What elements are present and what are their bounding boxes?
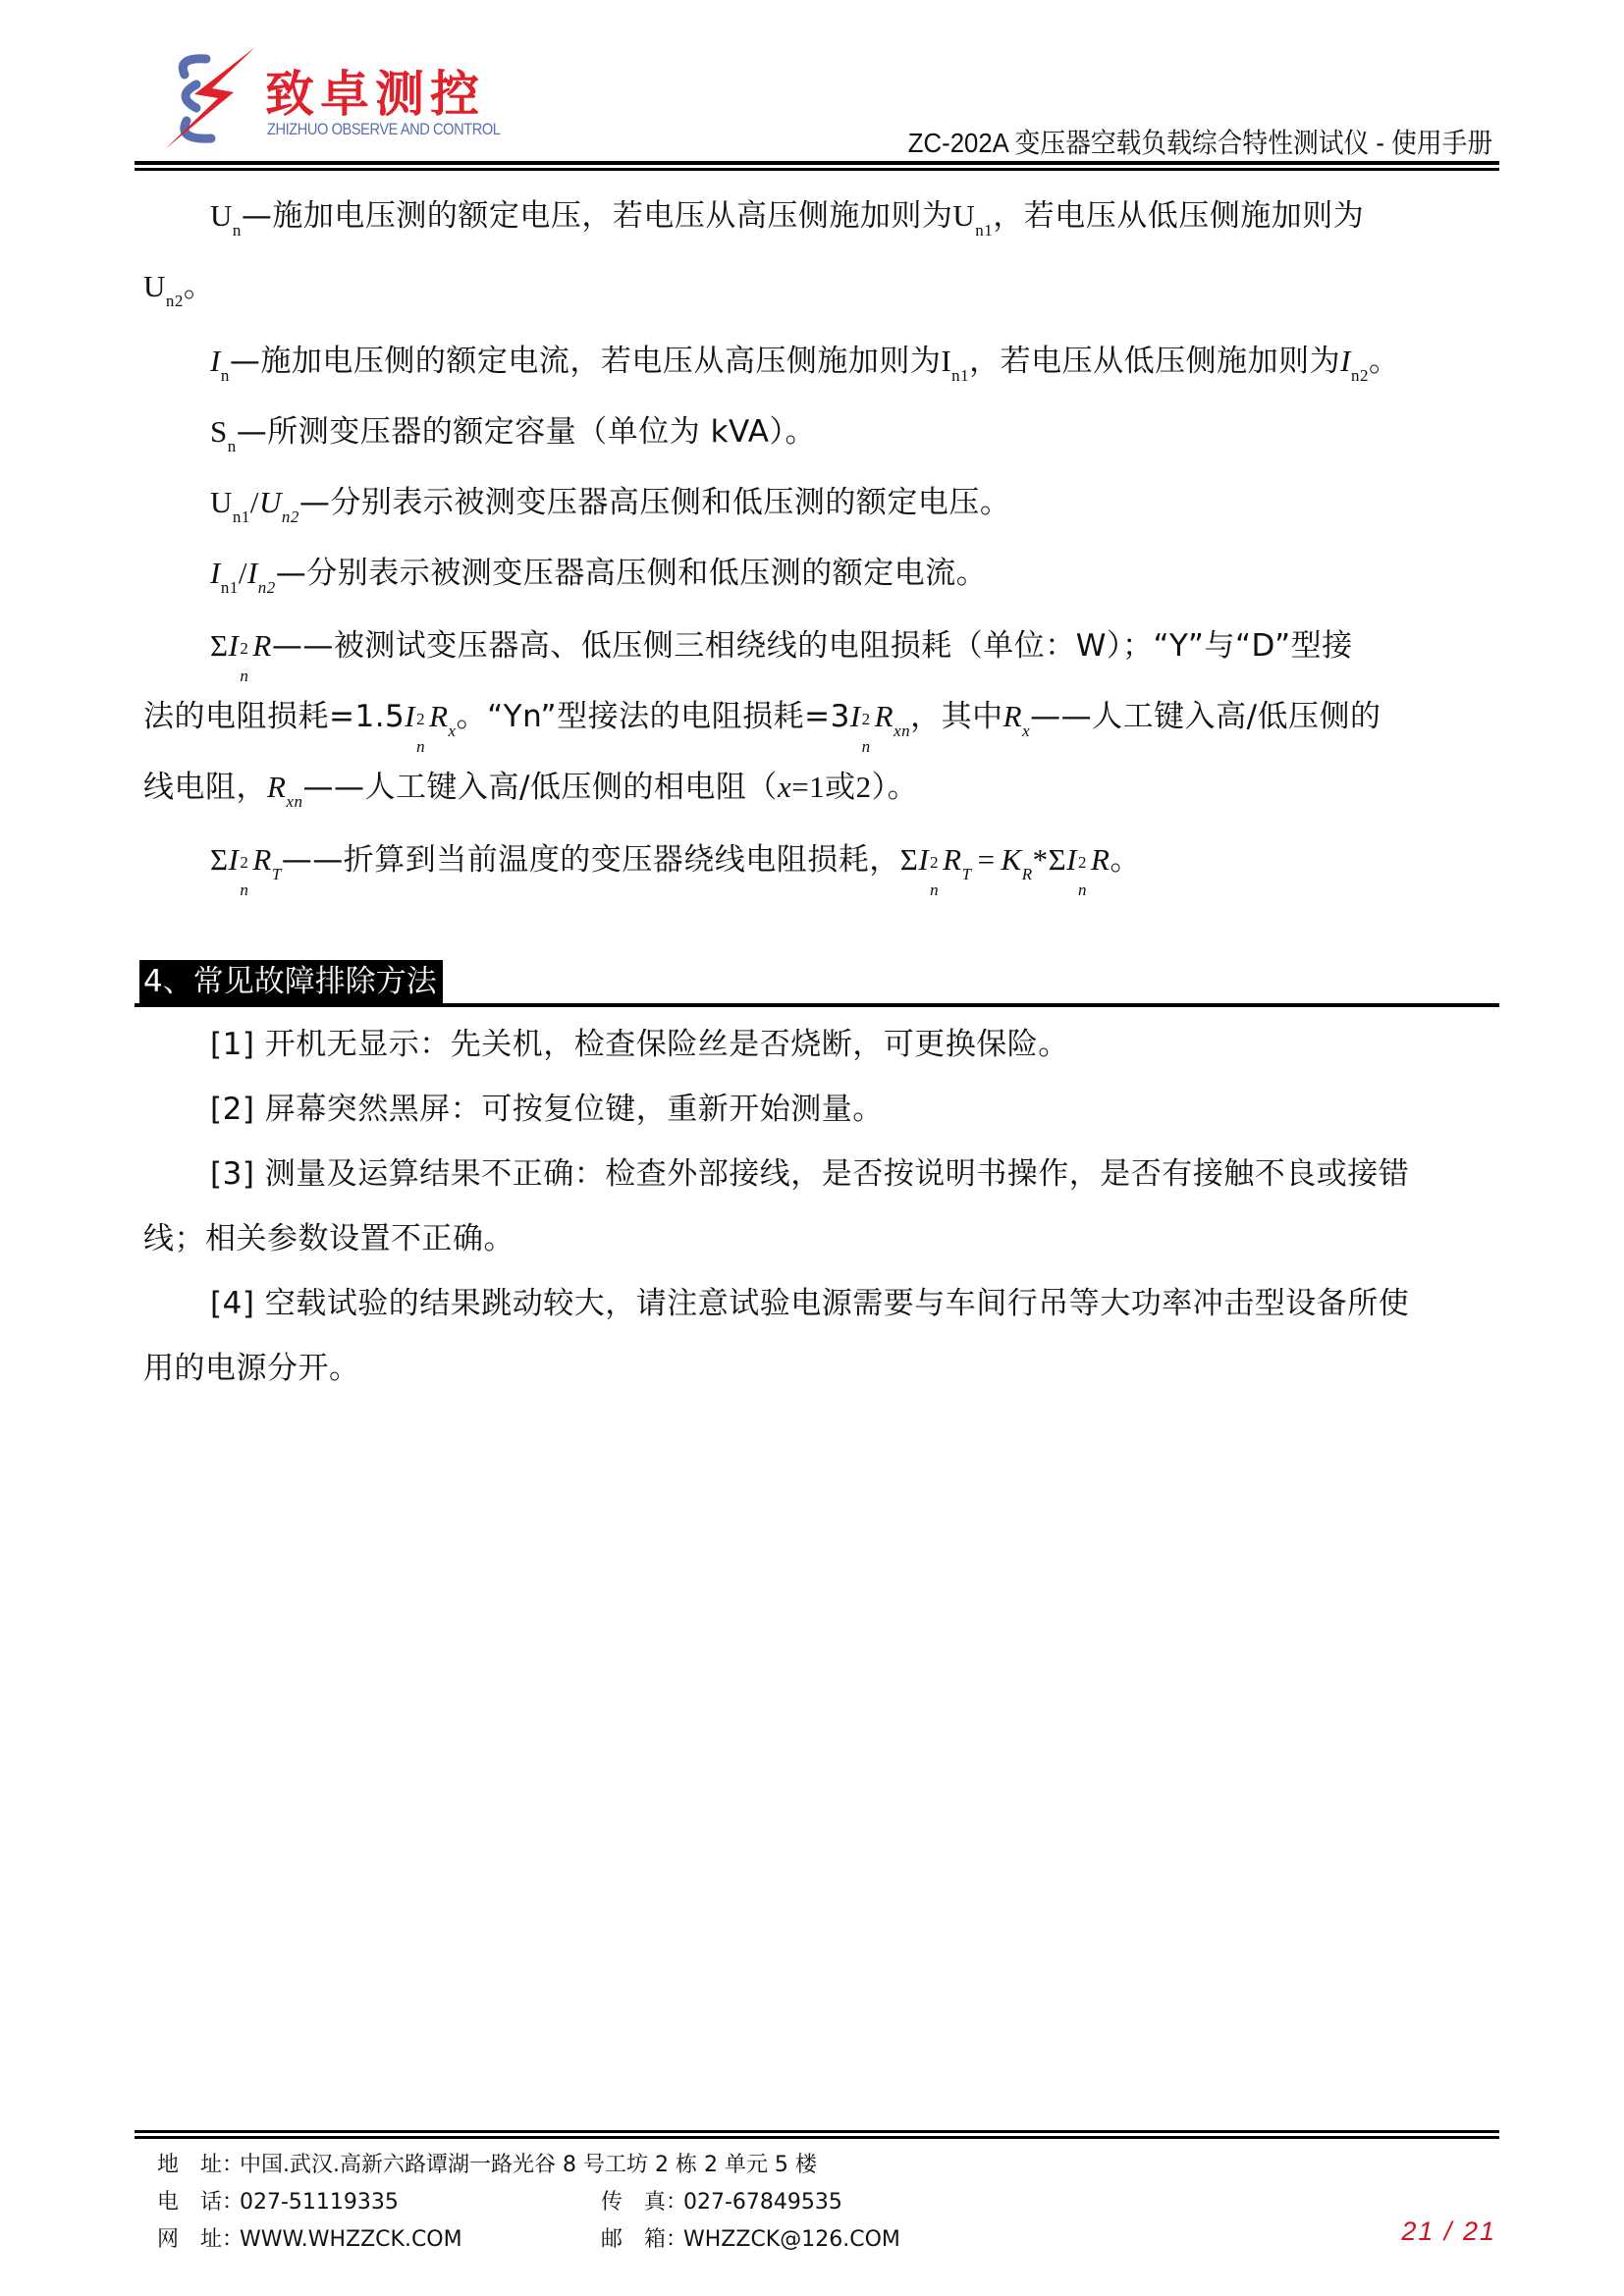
footer-fax: 传 真：027-67849535 xyxy=(601,2189,842,2216)
definition-un: Un—施加电压测的额定电压，若电压从高压侧施加则为Un1，若电压从低压侧施加则为 xyxy=(210,196,1364,236)
definition-in: In—施加电压侧的额定电流，若电压从高压侧施加则为In1，若电压从低压侧施加则为… xyxy=(210,342,1399,381)
definition-i2rt: ΣI2nRT——折算到当前温度的变压器绕线电阻损耗，ΣI2nRT=KR*ΣI2n… xyxy=(210,840,1141,880)
troubleshoot-item-4-continued: 用的电源分开。 xyxy=(143,1349,360,1388)
header-rule-secondary xyxy=(135,168,1499,171)
logo-english-name: ZHIZHUO OBSERVE AND CONTROL xyxy=(267,120,501,139)
header-rule xyxy=(135,161,1499,165)
footer-website: 网 址：WWW.WHZZCK.COM xyxy=(157,2226,462,2254)
footer-phone: 电 话：027-51119335 xyxy=(157,2189,399,2216)
definition-in1-in2: In1/In2—分别表示被测变压器高压侧和低压测的额定电流。 xyxy=(210,554,987,593)
troubleshoot-item-1: [1] 开机无显示：先关机，检查保险丝是否烧断，可更换保险。 xyxy=(210,1025,1069,1064)
footer-rule xyxy=(135,2130,1499,2133)
logo-chinese-name: 致卓测控 xyxy=(265,55,485,126)
document-title: ZC-202A 变压器空载负载综合特性测试仪 - 使用手册 xyxy=(908,122,1492,161)
troubleshoot-item-4: [4] 空载试验的结果跳动较大，请注意试验电源需要与车间行吊等大功率冲击型设备所… xyxy=(210,1284,1409,1323)
definition-i2r-line1: ΣI2nR——被测试变压器高、低压侧三相绕线的电阻损耗（单位：W）；“Y”与“D… xyxy=(210,626,1353,666)
definition-un1-un2: Un1/Un2—分别表示被测变压器高压侧和低压测的额定电压。 xyxy=(210,483,1010,522)
section-rule xyxy=(135,1003,1499,1007)
lightning-logo-icon xyxy=(157,47,265,150)
page-number: 21 / 21 xyxy=(1401,2216,1496,2247)
section-heading: 4、常见故障排除方法 xyxy=(139,960,443,1003)
footer-email: 邮 箱：WHZZCK@126.COM xyxy=(601,2226,900,2254)
footer-rule-secondary xyxy=(135,2136,1499,2139)
troubleshoot-item-3-continued: 线；相关参数设置不正确。 xyxy=(143,1219,514,1258)
definition-un-continued: Un2。 xyxy=(143,267,214,306)
troubleshoot-item-3: [3] 测量及运算结果不正确：检查外部接线，是否按说明书操作，是否有接触不良或接… xyxy=(210,1154,1409,1194)
definition-sn: Sn—所测变压器的额定容量（单位为 kVA）。 xyxy=(210,412,816,452)
footer-address: 地 址：中国.武汉.高新六路谭湖一路光谷 8 号工坊 2 栋 2 单元 5 楼 xyxy=(157,2152,817,2179)
troubleshoot-item-2: [2] 屏幕突然黑屏：可按复位键，重新开始测量。 xyxy=(210,1090,884,1129)
definition-i2r-line3: 线电阻，Rxn——人工键入高/低压侧的相电阻（x=1或2）。 xyxy=(143,768,918,807)
definition-i2r-line2: 法的电阻损耗=1.5I2nRx。“Yn”型接法的电阻损耗=3I2nRxn，其中R… xyxy=(143,697,1381,736)
